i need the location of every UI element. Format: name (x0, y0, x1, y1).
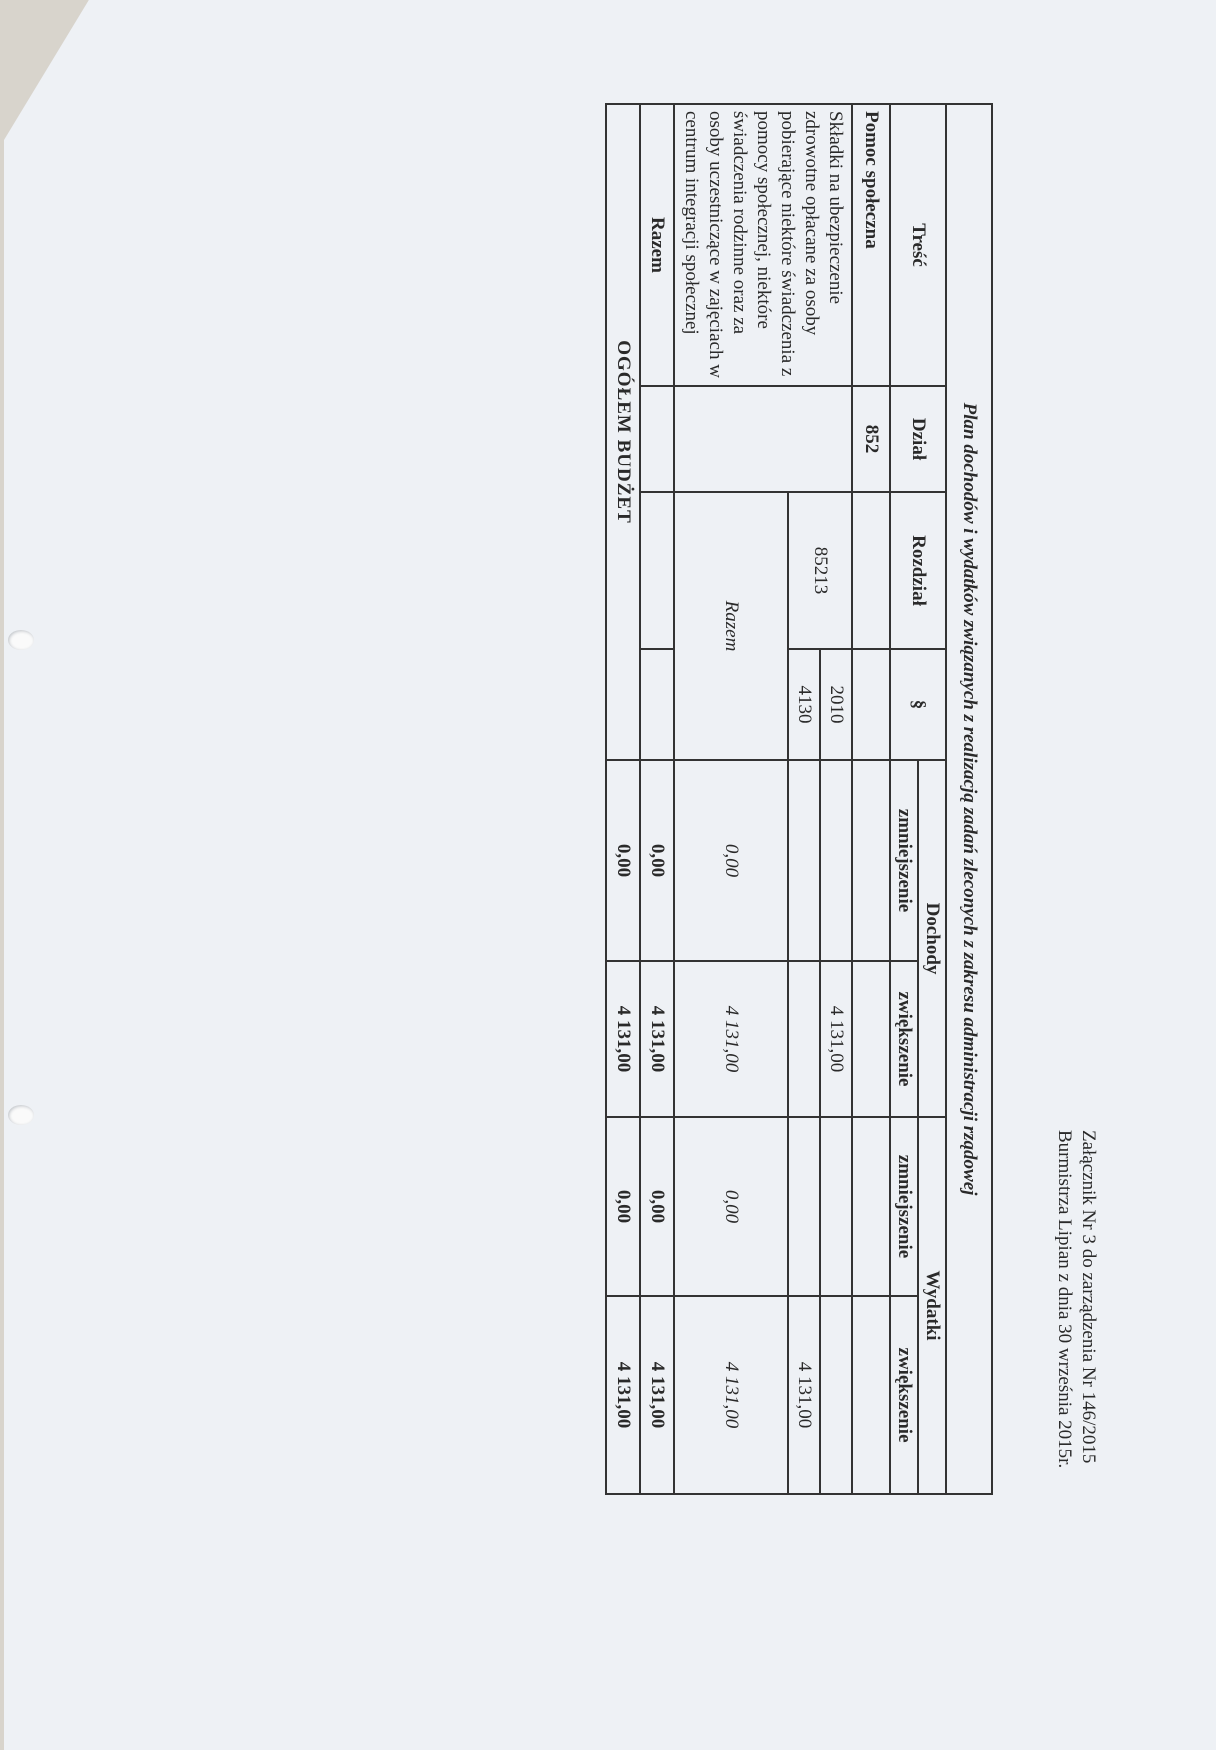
ogolem-row: OGÓŁEM BUDŻET 0,00 4 131,00 0,00 4 131,0… (606, 104, 640, 1494)
budget-table: Plan dochodów i wydatków związanych z re… (605, 103, 993, 1495)
header-wydatki-zwiekszenie: zwiększenie (890, 1296, 918, 1494)
header-rozdzial: Rozdział (890, 492, 946, 649)
table-title: Plan dochodów i wydatków związanych z re… (946, 104, 992, 1494)
row-paragraf: 2010 (820, 649, 852, 760)
razem-doch-zwi: 4 131,00 (640, 961, 674, 1117)
razem-doch-zmn: 0,00 (640, 760, 674, 961)
ogolem-wyd-zmn: 0,00 (606, 1117, 640, 1296)
table-row: Składki na ubezpieczenie zdrowotne opłac… (820, 104, 852, 1494)
subtotal-wyd-zmn: 0,00 (674, 1117, 788, 1296)
razem-wyd-zmn: 0,00 (640, 1117, 674, 1296)
row-doch-zwi: 4 131,00 (820, 961, 852, 1117)
section-dzial: 852 (852, 386, 890, 492)
razem-label: Razem (640, 104, 674, 386)
header-wydatki: Wydatki (918, 1117, 946, 1494)
row-doch-zmn (788, 760, 820, 961)
header-dochody-zmniejszenie: zmniejszenie (890, 760, 918, 961)
header-dzial: Dział (890, 386, 946, 492)
ogolem-label: OGÓŁEM BUDŻET (606, 104, 640, 760)
subtotal-doch-zwi: 4 131,00 (674, 961, 788, 1117)
subtotal-wyd-zwi: 4 131,00 (674, 1296, 788, 1494)
row-wyd-zwi: 4 131,00 (788, 1296, 820, 1494)
row-wyd-zmn (788, 1117, 820, 1296)
budget-table-wrapper: Plan dochodów i wydatków związanych z re… (605, 103, 993, 1493)
item-dzial-empty (674, 386, 852, 492)
item-description: Składki na ubezpieczenie zdrowotne opłac… (674, 104, 852, 386)
ogolem-wyd-zwi: 4 131,00 (606, 1296, 640, 1494)
row-doch-zwi (788, 961, 820, 1117)
subtotal-label: Razem (674, 492, 788, 760)
header-dochody-zwiekszenie: zwiększenie (890, 961, 918, 1117)
section-row: Pomoc społeczna 852 (852, 104, 890, 1494)
annex-line-1: Załącznik Nr 3 do zarządzenia Nr 146/201… (1076, 1130, 1100, 1510)
razem-row: Razem 0,00 4 131,00 0,00 4 131,00 (640, 104, 674, 1494)
punch-hole-bottom (8, 1105, 34, 1125)
annex-line-2: Burmistrza Lipian z dnia 30 września 201… (1052, 1130, 1076, 1510)
subtotal-doch-zmn: 0,00 (674, 760, 788, 961)
header-paragraf: § (890, 649, 946, 760)
item-rozdzial: 85213 (788, 492, 852, 649)
row-wyd-zwi (820, 1296, 852, 1494)
ogolem-doch-zwi: 4 131,00 (606, 961, 640, 1117)
header-dochody: Dochody (918, 760, 946, 1117)
row-doch-zmn (820, 760, 852, 961)
row-paragraf: 4130 (788, 649, 820, 760)
rotated-page-content: Załącznik Nr 3 do zarządzenia Nr 146/201… (540, 70, 1100, 1510)
annex-header: Załącznik Nr 3 do zarządzenia Nr 146/201… (1052, 1130, 1100, 1510)
ogolem-doch-zmn: 0,00 (606, 760, 640, 961)
razem-wyd-zwi: 4 131,00 (640, 1296, 674, 1494)
header-wydatki-zmniejszenie: zmniejszenie (890, 1117, 918, 1296)
header-tresc: Treść (890, 104, 946, 386)
row-wyd-zmn (820, 1117, 852, 1296)
punch-hole-top (8, 630, 34, 650)
section-name: Pomoc społeczna (852, 104, 890, 386)
